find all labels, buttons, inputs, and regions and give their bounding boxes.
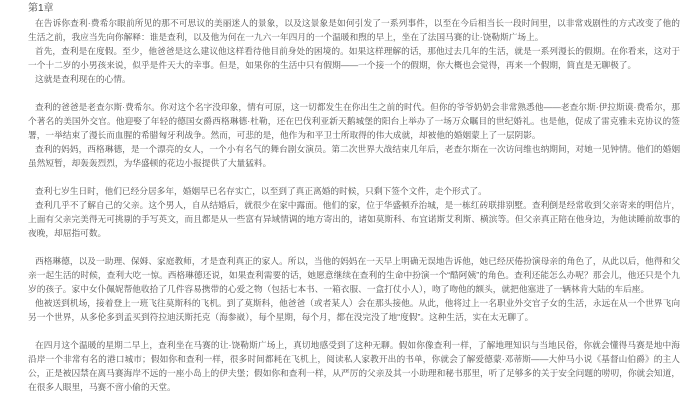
paragraph: 首先，查利是在度假。至少，他爸爸是这么建议他这样看待他目前身处的困境的。如果这样… (28, 44, 680, 72)
paragraph: 在四月这个温暖的星期二早上，查利坐在马赛的让·饶勒斯广场上，真切地感受到了这种无… (28, 338, 680, 394)
paragraph: 查利的妈妈，西格琳德，是一个漂亮的女人，一个小有名气的舞台剧女演员。第二次世界大… (28, 142, 680, 170)
novel-reader-page: 第1章 在告诉你查利·费希尔眼前所见的那不可思议的美丽迷人的景象，以及这景象是如… (0, 0, 700, 400)
paragraph: 这就是查利现在的心情。 (28, 72, 680, 86)
paragraph: 西格琳德，以及一助理、保姆、家庭教师，才是查利真正的家人。所以，当他的妈妈在一天… (28, 254, 680, 296)
chapter-title: 第1章 (28, 2, 680, 16)
paragraph: 在告诉你查利·费希尔眼前所见的那不可思议的美丽迷人的景象，以及这景象是如何引发了… (28, 16, 680, 44)
chapter-text: 在告诉你查利·费希尔眼前所见的那不可思议的美丽迷人的景象，以及这景象是如何引发了… (28, 16, 680, 394)
paragraph: 查利几乎不了解自己的父亲。这个男人，自从结婚后，就很少在家中露面。他们的家，位于… (28, 198, 680, 240)
paragraph: 他被送到机场，接着登上一班飞往莫斯科的飞机。到了莫斯科，他爸爸（或者某人）会在那… (28, 296, 680, 324)
paragraph: 查利七岁生日时，他们已经分居多年，婚姻早已名存实亡，以至到了真正离婚的时候，只剩… (28, 184, 680, 198)
paragraph: 查利的爸爸是老查尔斯·费希尔。你对这个名字没印象，情有可原，这一切都发生在你出生… (28, 100, 680, 142)
